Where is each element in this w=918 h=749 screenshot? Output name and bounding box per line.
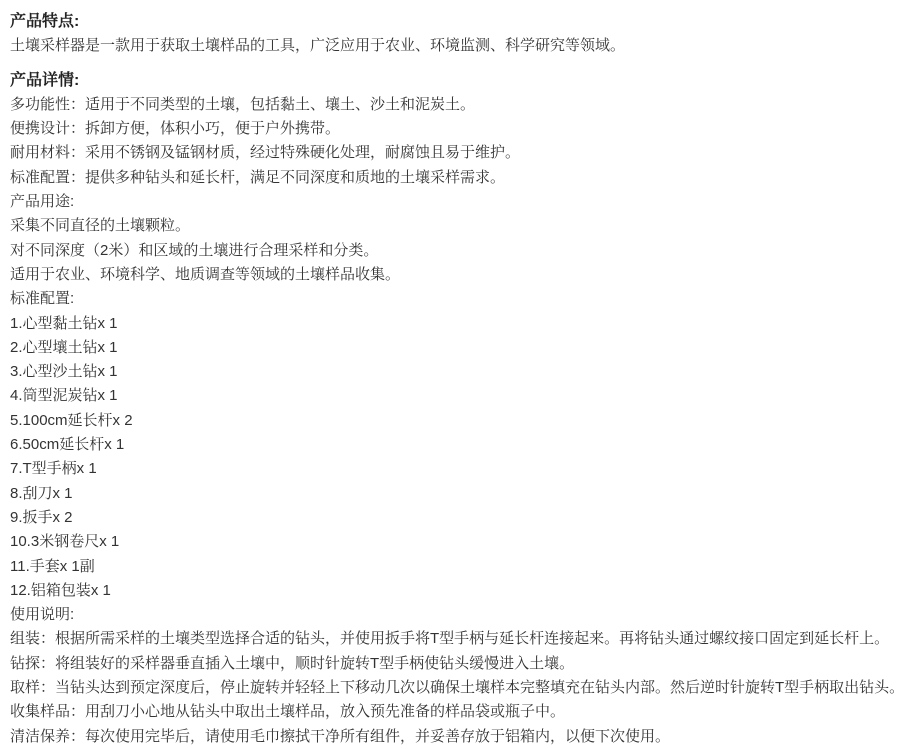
features-body: 土壤采样器是一款用于获取土壤样品的工具，广泛应用于农业、环境监测、科学研究等领域… (10, 34, 912, 58)
features-heading: 产品特点: (10, 10, 912, 34)
config-item: 5.100cm延长杆x 2 (10, 409, 912, 433)
config-item: 8.刮刀x 1 (10, 482, 912, 506)
product-description-document: 产品特点: 土壤采样器是一款用于获取土壤样品的工具，广泛应用于农业、环境监测、科… (0, 0, 918, 749)
config-item: 10.3米钢卷尺x 1 (10, 530, 912, 554)
config-item: 7.T型手柄x 1 (10, 457, 912, 481)
config-heading: 标准配置: (10, 287, 912, 311)
usage-line: 收集样品：用刮刀小心地从钻头中取出土壤样品，放入预先准备的样品袋或瓶子中。 (10, 700, 912, 724)
usage-line: 钻探：将组装好的采样器垂直插入土壤中，顺时针旋转T型手柄使钻头缓慢进入土壤。 (10, 652, 912, 676)
config-item: 6.50cm延长杆x 1 (10, 433, 912, 457)
purpose-line: 对不同深度（2米）和区域的土壤进行合理采样和分类。 (10, 239, 912, 263)
config-item: 11.手套x 1副 (10, 555, 912, 579)
purpose-line: 采集不同直径的土壤颗粒。 (10, 214, 912, 238)
details-heading: 产品详情: (10, 69, 912, 93)
purpose-line: 适用于农业、环境科学、地质调查等领域的土壤样品收集。 (10, 263, 912, 287)
usage-line: 组装：根据所需采样的土壤类型选择合适的钻头，并使用扳手将T型手柄与延长杆连接起来… (10, 627, 912, 651)
usage-line: 清洁保养：每次使用完毕后，请使用毛巾擦拭干净所有组件，并妥善存放于铝箱内，以便下… (10, 725, 912, 749)
config-item: 3.心型沙土钻x 1 (10, 360, 912, 384)
config-item: 12.铝箱包装x 1 (10, 579, 912, 603)
config-item: 2.心型壤土钻x 1 (10, 336, 912, 360)
usage-heading: 使用说明: (10, 603, 912, 627)
config-item: 9.扳手x 2 (10, 506, 912, 530)
detail-line: 便携设计：拆卸方便，体积小巧，便于户外携带。 (10, 117, 912, 141)
usage-line: 取样：当钻头达到预定深度后，停止旋转并轻轻上下移动几次以确保土壤样本完整填充在钻… (10, 676, 912, 700)
detail-line: 标准配置：提供多种钻头和延长杆，满足不同深度和质地的土壤采样需求。 (10, 166, 912, 190)
purpose-heading: 产品用途: (10, 190, 912, 214)
detail-line: 多功能性：适用于不同类型的土壤，包括黏土、壤土、沙土和泥炭土。 (10, 93, 912, 117)
config-item: 1.心型黏土钻x 1 (10, 312, 912, 336)
config-item: 4.筒型泥炭钻x 1 (10, 384, 912, 408)
detail-line: 耐用材料：采用不锈钢及锰钢材质，经过特殊硬化处理，耐腐蚀且易于维护。 (10, 141, 912, 165)
